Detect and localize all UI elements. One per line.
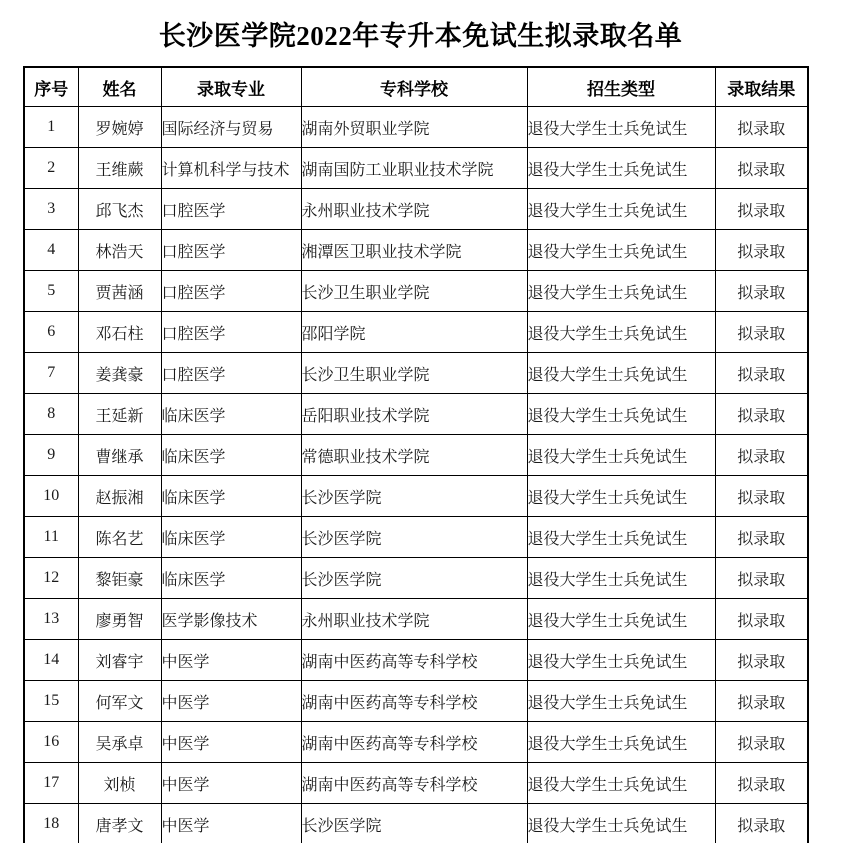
college-cell: 常德职业技术学院 — [301, 435, 527, 476]
result-cell: 拟录取 — [715, 312, 808, 353]
name-cell: 黎钜豪 — [78, 558, 161, 599]
name-cell: 刘睿宇 — [78, 640, 161, 681]
row-number-cell: 6 — [24, 312, 78, 353]
table-row: 12黎钜豪临床医学长沙医学院退役大学生士兵免试生拟录取 — [24, 558, 808, 599]
row-number-cell: 16 — [24, 722, 78, 763]
college-cell: 湖南中医药高等专科学校 — [301, 722, 527, 763]
major-cell: 中医学 — [161, 640, 301, 681]
name-cell: 何军文 — [78, 681, 161, 722]
admission-type-cell: 退役大学生士兵免试生 — [527, 107, 715, 148]
table-row: 6邓石柱口腔医学邵阳学院退役大学生士兵免试生拟录取 — [24, 312, 808, 353]
name-cell: 曹继承 — [78, 435, 161, 476]
column-header-type: 招生类型 — [527, 67, 715, 107]
row-number-cell: 2 — [24, 148, 78, 189]
admission-type-cell: 退役大学生士兵免试生 — [527, 640, 715, 681]
result-cell: 拟录取 — [715, 517, 808, 558]
major-cell: 临床医学 — [161, 517, 301, 558]
admission-type-cell: 退役大学生士兵免试生 — [527, 435, 715, 476]
admission-type-cell: 退役大学生士兵免试生 — [527, 353, 715, 394]
admission-type-cell: 退役大学生士兵免试生 — [527, 312, 715, 353]
admission-type-cell: 退役大学生士兵免试生 — [527, 558, 715, 599]
college-cell: 永州职业技术学院 — [301, 189, 527, 230]
admission-type-cell: 退役大学生士兵免试生 — [527, 722, 715, 763]
name-cell: 唐孝文 — [78, 804, 161, 843]
major-cell: 中医学 — [161, 681, 301, 722]
row-number-cell: 17 — [24, 763, 78, 804]
name-cell: 林浩天 — [78, 230, 161, 271]
result-cell: 拟录取 — [715, 435, 808, 476]
result-cell: 拟录取 — [715, 476, 808, 517]
result-cell: 拟录取 — [715, 230, 808, 271]
table-row: 4林浩天口腔医学湘潭医卫职业技术学院退役大学生士兵免试生拟录取 — [24, 230, 808, 271]
table-row: 8王延新临床医学岳阳职业技术学院退役大学生士兵免试生拟录取 — [24, 394, 808, 435]
college-cell: 邵阳学院 — [301, 312, 527, 353]
table-row: 7姜龚豪口腔医学长沙卫生职业学院退役大学生士兵免试生拟录取 — [24, 353, 808, 394]
row-number-cell: 9 — [24, 435, 78, 476]
column-header-name: 姓名 — [78, 67, 161, 107]
row-number-cell: 11 — [24, 517, 78, 558]
name-cell: 贾茜涵 — [78, 271, 161, 312]
row-number-cell: 13 — [24, 599, 78, 640]
table-row: 13廖勇智医学影像技术永州职业技术学院退役大学生士兵免试生拟录取 — [24, 599, 808, 640]
result-cell: 拟录取 — [715, 599, 808, 640]
major-cell: 临床医学 — [161, 435, 301, 476]
row-number-cell: 5 — [24, 271, 78, 312]
major-cell: 计算机科学与技术 — [161, 148, 301, 189]
name-cell: 罗婉婷 — [78, 107, 161, 148]
table-row: 5贾茜涵口腔医学长沙卫生职业学院退役大学生士兵免试生拟录取 — [24, 271, 808, 312]
table-row: 14刘睿宇中医学湖南中医药高等专科学校退役大学生士兵免试生拟录取 — [24, 640, 808, 681]
column-header-result: 录取结果 — [715, 67, 808, 107]
college-cell: 长沙医学院 — [301, 558, 527, 599]
result-cell: 拟录取 — [715, 681, 808, 722]
table-row: 17刘桢中医学湖南中医药高等专科学校退役大学生士兵免试生拟录取 — [24, 763, 808, 804]
table-row: 16吴承卓中医学湖南中医药高等专科学校退役大学生士兵免试生拟录取 — [24, 722, 808, 763]
admission-type-cell: 退役大学生士兵免试生 — [527, 230, 715, 271]
major-cell: 临床医学 — [161, 558, 301, 599]
admission-type-cell: 退役大学生士兵免试生 — [527, 517, 715, 558]
result-cell: 拟录取 — [715, 271, 808, 312]
major-cell: 国际经济与贸易 — [161, 107, 301, 148]
name-cell: 王维蕨 — [78, 148, 161, 189]
table-row: 1罗婉婷国际经济与贸易湖南外贸职业学院退役大学生士兵免试生拟录取 — [24, 107, 808, 148]
college-cell: 湖南国防工业职业技术学院 — [301, 148, 527, 189]
college-cell: 岳阳职业技术学院 — [301, 394, 527, 435]
row-number-cell: 4 — [24, 230, 78, 271]
name-cell: 陈名艺 — [78, 517, 161, 558]
major-cell: 中医学 — [161, 722, 301, 763]
admission-type-cell: 退役大学生士兵免试生 — [527, 271, 715, 312]
admission-roster-table: 序号姓名录取专业专科学校招生类型录取结果 1罗婉婷国际经济与贸易湖南外贸职业学院… — [23, 66, 809, 843]
row-number-cell: 1 — [24, 107, 78, 148]
row-number-cell: 15 — [24, 681, 78, 722]
table-row: 2王维蕨计算机科学与技术湖南国防工业职业技术学院退役大学生士兵免试生拟录取 — [24, 148, 808, 189]
admission-type-cell: 退役大学生士兵免试生 — [527, 476, 715, 517]
result-cell: 拟录取 — [715, 640, 808, 681]
name-cell: 姜龚豪 — [78, 353, 161, 394]
table-body: 1罗婉婷国际经济与贸易湖南外贸职业学院退役大学生士兵免试生拟录取2王维蕨计算机科… — [24, 107, 808, 843]
major-cell: 中医学 — [161, 763, 301, 804]
table-row: 3邱飞杰口腔医学永州职业技术学院退役大学生士兵免试生拟录取 — [24, 189, 808, 230]
major-cell: 口腔医学 — [161, 312, 301, 353]
name-cell: 邱飞杰 — [78, 189, 161, 230]
major-cell: 临床医学 — [161, 476, 301, 517]
college-cell: 湖南中医药高等专科学校 — [301, 763, 527, 804]
result-cell: 拟录取 — [715, 763, 808, 804]
row-number-cell: 14 — [24, 640, 78, 681]
college-cell: 永州职业技术学院 — [301, 599, 527, 640]
table-row: 15何军文中医学湖南中医药高等专科学校退役大学生士兵免试生拟录取 — [24, 681, 808, 722]
name-cell: 邓石柱 — [78, 312, 161, 353]
admission-type-cell: 退役大学生士兵免试生 — [527, 148, 715, 189]
table-row: 18唐孝文中医学长沙医学院退役大学生士兵免试生拟录取 — [24, 804, 808, 843]
college-cell: 长沙医学院 — [301, 476, 527, 517]
result-cell: 拟录取 — [715, 189, 808, 230]
column-header-no: 序号 — [24, 67, 78, 107]
page-title: 长沙医学院2022年专升本免试生拟录取名单 — [0, 0, 841, 53]
table-header-row: 序号姓名录取专业专科学校招生类型录取结果 — [24, 67, 808, 107]
result-cell: 拟录取 — [715, 353, 808, 394]
college-cell: 长沙医学院 — [301, 517, 527, 558]
result-cell: 拟录取 — [715, 394, 808, 435]
college-cell: 湖南中医药高等专科学校 — [301, 640, 527, 681]
table-row: 10赵振湘临床医学长沙医学院退役大学生士兵免试生拟录取 — [24, 476, 808, 517]
name-cell: 赵振湘 — [78, 476, 161, 517]
major-cell: 口腔医学 — [161, 271, 301, 312]
admission-type-cell: 退役大学生士兵免试生 — [527, 189, 715, 230]
table-header: 序号姓名录取专业专科学校招生类型录取结果 — [24, 67, 808, 107]
result-cell: 拟录取 — [715, 558, 808, 599]
row-number-cell: 3 — [24, 189, 78, 230]
admission-type-cell: 退役大学生士兵免试生 — [527, 599, 715, 640]
college-cell: 长沙医学院 — [301, 804, 527, 843]
admission-type-cell: 退役大学生士兵免试生 — [527, 394, 715, 435]
row-number-cell: 8 — [24, 394, 78, 435]
result-cell: 拟录取 — [715, 722, 808, 763]
college-cell: 湘潭医卫职业技术学院 — [301, 230, 527, 271]
result-cell: 拟录取 — [715, 804, 808, 843]
major-cell: 医学影像技术 — [161, 599, 301, 640]
row-number-cell: 12 — [24, 558, 78, 599]
admission-type-cell: 退役大学生士兵免试生 — [527, 763, 715, 804]
college-cell: 长沙卫生职业学院 — [301, 353, 527, 394]
name-cell: 王延新 — [78, 394, 161, 435]
name-cell: 刘桢 — [78, 763, 161, 804]
name-cell: 吴承卓 — [78, 722, 161, 763]
result-cell: 拟录取 — [715, 107, 808, 148]
result-cell: 拟录取 — [715, 148, 808, 189]
college-cell: 长沙卫生职业学院 — [301, 271, 527, 312]
major-cell: 中医学 — [161, 804, 301, 843]
column-header-major: 录取专业 — [161, 67, 301, 107]
row-number-cell: 7 — [24, 353, 78, 394]
college-cell: 湖南外贸职业学院 — [301, 107, 527, 148]
table-row: 11陈名艺临床医学长沙医学院退役大学生士兵免试生拟录取 — [24, 517, 808, 558]
document-page: 长沙医学院2022年专升本免试生拟录取名单 序号姓名录取专业专科学校招生类型录取… — [0, 0, 841, 843]
row-number-cell: 18 — [24, 804, 78, 843]
row-number-cell: 10 — [24, 476, 78, 517]
major-cell: 临床医学 — [161, 394, 301, 435]
major-cell: 口腔医学 — [161, 230, 301, 271]
admission-type-cell: 退役大学生士兵免试生 — [527, 804, 715, 843]
major-cell: 口腔医学 — [161, 353, 301, 394]
major-cell: 口腔医学 — [161, 189, 301, 230]
table-row: 9曹继承临床医学常德职业技术学院退役大学生士兵免试生拟录取 — [24, 435, 808, 476]
name-cell: 廖勇智 — [78, 599, 161, 640]
college-cell: 湖南中医药高等专科学校 — [301, 681, 527, 722]
admission-type-cell: 退役大学生士兵免试生 — [527, 681, 715, 722]
column-header-college: 专科学校 — [301, 67, 527, 107]
